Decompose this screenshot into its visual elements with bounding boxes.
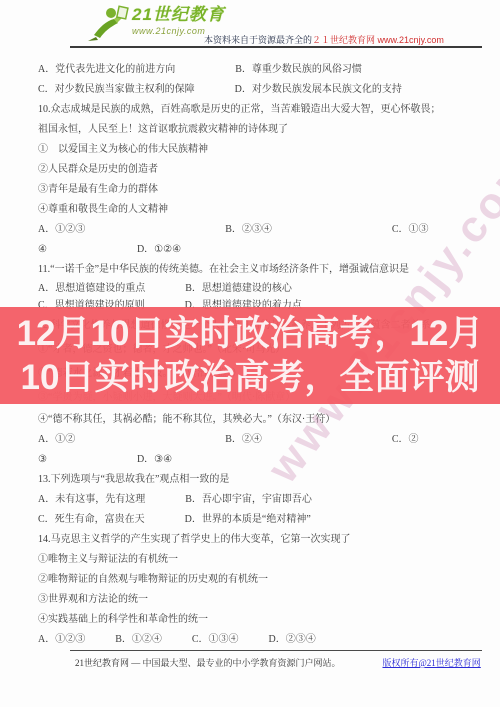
exam-text-line: 10.众志成城是民族的成熟，百姓高歌是历史的正常，当苦难锻造出大爱大智，更心怀敬… xyxy=(38,100,470,120)
exam-text-line: A．①② B．②④ C．② xyxy=(38,430,470,450)
exam-text-line: A．未有这事，先有这理 B．吾心即宇宙，宇宙即吾心 xyxy=(38,490,470,510)
exam-text-line: ②人民群众是历史的创造者 xyxy=(38,160,470,180)
exam-text-line: C．对少数民族当家做主权利的保障 D．对少数民族发展本民族文化的支持 xyxy=(38,80,470,100)
exam-text-line: ④尊重和敬畏生命的人文精神 xyxy=(38,200,470,220)
exam-text-line: A．①②③ B．②③④ C．①③ xyxy=(38,220,470,240)
exam-text-line: ①唯物主义与辩证法的有机统一 xyxy=(38,550,470,570)
promo-banner-line2: 10日实时政治高考，全面评测 xyxy=(21,356,480,400)
footer-info: 21世纪教育网 — 中国最大型、最专业的中小学教育资源门户网站。 xyxy=(75,656,341,669)
promo-banner: 12月10日实时政治高考，12月 10日实时政治高考，全面评测 xyxy=(0,307,500,404)
logo-title: 21世纪教育 xyxy=(132,5,225,24)
exam-text-line: ④实践基础上的科学性和革命性的统一 xyxy=(38,610,470,630)
exam-text-line: 11.“一诺千金”是中华民族的传统美德。在社会主义市场经济条件下，增强诚信意识是 xyxy=(38,260,470,280)
site-footer: 21世纪教育网 — 中国最大型、最专业的中小学教育资源门户网站。 版权所有@21… xyxy=(75,656,485,669)
exam-text-line: ③ D．③④ xyxy=(38,450,470,470)
exam-text-line: 13.下列选项与“我思故我在”观点相一致的是 xyxy=(38,470,470,490)
site-header: 21世纪教育 www.21cnjy.com 本资料来自于资源最齐全的２１世纪教育… xyxy=(0,0,500,50)
exam-text-line: A．党代表先进文化的前进方向 B．尊重少数民族的风俗习惯 xyxy=(38,60,470,80)
header-note-prefix: 本资料来自于资源最齐全的 xyxy=(204,35,312,45)
footer-copyright-link[interactable]: 版权所有@21世纪教育网 xyxy=(383,656,481,669)
exam-text-line: ③世界观和方法论的统一 xyxy=(38,590,470,610)
exam-text-line: ① 以爱国主义为核心的伟大民族精神 xyxy=(38,140,470,160)
exam-text-line: ④ D．①②④ xyxy=(38,240,470,260)
runner-icon xyxy=(84,5,130,45)
header-note-brand-link[interactable]: ２１世纪教育网 xyxy=(312,35,375,45)
exam-text-line: 祖国永恒，人民至上！这首讴歌抗震救灾精神的诗体现了 xyxy=(38,120,470,140)
header-note-url-link[interactable]: www.21cnjy.com xyxy=(378,35,444,45)
exam-text-line: ③青年是最有生命力的群体 xyxy=(38,180,470,200)
promo-banner-line1: 12月10日实时政治高考，12月 xyxy=(17,312,484,356)
exam-page: 21世纪教育 www.21cnjy.com 本资料来自于资源最齐全的２１世纪教育… xyxy=(0,0,500,707)
exam-text-line: ②唯物辩证的自然观与唯物辩证的历史观的有机统一 xyxy=(38,570,470,590)
header-divider xyxy=(70,46,482,48)
exam-text-line: A．思想道德建设的重点 B．思想道德建设的核心 xyxy=(38,280,470,297)
exam-text-line: ④“德不称其任，其祸必酷；能不称其位，其殃必大。”（东汉·王符） xyxy=(38,410,470,430)
header-note: 本资料来自于资源最齐全的２１世纪教育网 www.21cnjy.com xyxy=(204,33,444,46)
exam-text-line: C．死生有命，富贵在天 D．世界的本质是“绝对精神” xyxy=(38,510,470,530)
exam-text-line: 14.马克思主义哲学的产生实现了哲学史上的伟大变革，它第一次实现了 xyxy=(38,530,470,550)
exam-text-line: A．①②③ B．①②④ C．①③④ D．②③④ xyxy=(38,630,470,650)
footer-divider xyxy=(70,650,482,651)
